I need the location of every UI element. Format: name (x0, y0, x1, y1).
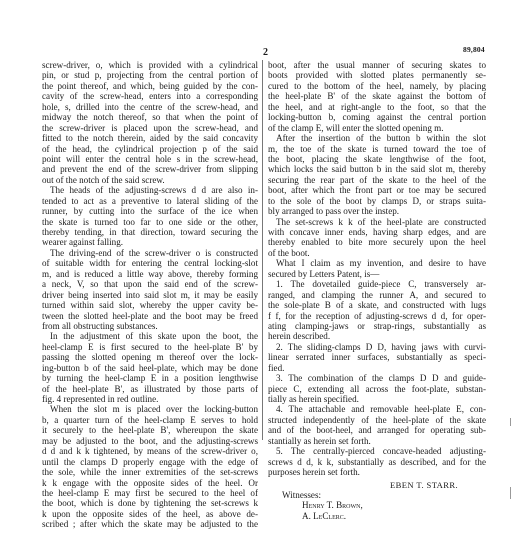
text-line: bly arranged to pass over the instep. (268, 206, 486, 216)
text-line: After the insertion of the button b with… (268, 133, 486, 143)
text-line: boot, after which the front part or toe … (268, 185, 486, 195)
text-line: tially as herein specified. (268, 394, 486, 404)
text-line: of the clamp E, will enter the slotted o… (268, 123, 486, 133)
text-line: 5. The centrally-pierced concave-headed … (268, 446, 486, 456)
text-line: with concave inner ends, having sharp ed… (268, 227, 486, 237)
text-line: purposes herein set forth. (268, 467, 486, 477)
text-line: until the clamps D properly engage with … (42, 457, 258, 467)
text-line: cavity of the screw-head, enters into a … (42, 91, 258, 101)
text-line: boots provided with slotted plates perma… (268, 70, 486, 80)
text-line: hole, s, drilled into the centre of the … (42, 102, 258, 112)
text-line: midway the notch thereof, so that when t… (42, 112, 258, 122)
text-line: piece C, extending all across the foot-p… (268, 384, 486, 394)
text-line: 1. The dovetailed guide-piece C, transve… (268, 279, 486, 289)
text-line: the heel, and at right-angle to the foot… (268, 102, 486, 112)
text-line: herein described. (268, 331, 486, 341)
text-line: The heads of the adjusting-screws d d ar… (42, 185, 258, 195)
text-line: The set-screws k k of the heel-plate are… (268, 217, 486, 227)
text-line: the sole, while the inner extremities of… (42, 467, 258, 477)
text-line: scribed ; after which the skate may be a… (42, 519, 258, 529)
text-line: pin, or stud p, projecting from the cent… (42, 70, 258, 80)
text-line: cured to the bottom of the heel, namely,… (268, 81, 486, 91)
text-line: of suitable width for entering the centr… (42, 258, 258, 268)
text-line: b, a quarter turn of the heel-clamp E se… (42, 415, 258, 425)
column-divider (262, 60, 263, 440)
text-line: m, and is reduced a little way above, th… (42, 269, 258, 279)
page-number: 2 (263, 47, 268, 58)
text-line: What I claim as my invention, and desire… (268, 258, 486, 268)
text-line: m, the toe of the skate is turned toward… (268, 144, 486, 154)
text-line: When the slot m is placed over the locki… (42, 404, 258, 414)
text-line: screw-driver, o, which is provided with … (42, 60, 258, 70)
text-line: the boot, placing the skate lengthwise o… (268, 154, 486, 164)
text-line: 4. The attachable and removable heel-pla… (268, 404, 486, 414)
text-line: may be adjusted to the boot, and the adj… (42, 436, 258, 446)
patent-number: 89,804 (463, 45, 485, 54)
scan-edge-mark (510, 487, 511, 499)
scan-edge-mark (510, 418, 511, 426)
text-line: secured by Letters Patent, is— (268, 269, 486, 279)
text-line: 3. The combination of the clamps D D and… (268, 373, 486, 383)
text-line: a neck, V, so that upon the said end of … (42, 279, 258, 289)
left-text-column: screw-driver, o, which is provided with … (42, 60, 258, 530)
text-line: runner, by cutting into the surface of t… (42, 206, 258, 216)
witness-name: Henry T. Brown, (268, 500, 486, 510)
text-line: out of the notch of the said screw. (42, 175, 258, 185)
text-line: and prevent the end of the screw-driver … (42, 164, 258, 174)
text-line: d d and k k tightened, by means of the s… (42, 446, 258, 456)
text-line: thereby tending, in that direction, towa… (42, 227, 258, 237)
text-line: heel-clamp E is first secured to the hee… (42, 342, 258, 352)
text-line: it securely to the heel-plate B', whereu… (42, 425, 258, 435)
text-line: wearer against falling. (42, 237, 258, 247)
text-line: the heel-clamp E may first be secured to… (42, 488, 258, 498)
right-text-column: boot, after the usual manner of securing… (268, 60, 486, 521)
text-line: to the sole of the boot by clamps D, or … (268, 196, 486, 206)
text-line: tended to act as a preventive to lateral… (42, 196, 258, 206)
text-line: turned within said slot, whereby the upp… (42, 300, 258, 310)
text-line: ating clamping-jaws or strap-rings, subs… (268, 321, 486, 331)
text-line: and of the boot-heel, and arranged for o… (268, 425, 486, 435)
text-line: screws d d, k k, substantially as descri… (268, 457, 486, 467)
inventor-signature: EBEN T. STARR. (268, 480, 486, 490)
text-line: boot, after the usual manner of securing… (268, 60, 486, 70)
text-line: k k engage with the opposite sides of th… (42, 478, 258, 488)
text-line: securing the rear part of the skate to t… (268, 175, 486, 185)
text-line: by turning the heel-clamp E in a positio… (42, 373, 258, 383)
text-line: the screw-driver is placed upon the scre… (42, 123, 258, 133)
text-line: of the heel-plate B', as illustrated by … (42, 384, 258, 394)
witnesses-label: Witnesses: (268, 490, 486, 500)
text-line: ranged, and clamping the runner A, and s… (268, 290, 486, 300)
text-line: In the adjustment of this skate upon the… (42, 331, 258, 341)
text-line: The driving-end of the screw-driver o is… (42, 248, 258, 258)
text-line: the point thereof, and which, being guid… (42, 81, 258, 91)
text-line: of the head, the cylindrical projection … (42, 144, 258, 154)
text-line: fitted to the notch therein, aided by th… (42, 133, 258, 143)
text-line: f f, for the reception of adjusting-scre… (268, 311, 486, 321)
text-line: the sole-plate B of a skate, and constru… (268, 300, 486, 310)
witness-name: A. LeClerc. (268, 511, 486, 521)
text-line: thereby enabled to bite more securely up… (268, 237, 486, 247)
text-line: fig. 4 represented in red outline. (42, 394, 258, 404)
text-line: the boot, which is done by tightening th… (42, 498, 258, 508)
text-line: the heel-plate B' of the skate against t… (268, 91, 486, 101)
text-line: fied. (268, 363, 486, 373)
text-line: locking-button b, coming against the cen… (268, 112, 486, 122)
text-line: from all obstructing substances. (42, 321, 258, 331)
text-line: ing-button b of the said heel-plate, whi… (42, 363, 258, 373)
text-line: k upon the opposite sides of the heel, a… (42, 509, 258, 519)
text-line: which locks the said button b in the sai… (268, 164, 486, 174)
text-line: of the boot. (268, 248, 486, 258)
text-line: passing the slotted opening m thereof ov… (42, 352, 258, 362)
text-line: tween the slotted heel-plate and the boo… (42, 311, 258, 321)
text-line: driver being inserted into said slot m, … (42, 290, 258, 300)
text-line: point will enter the central hole s in t… (42, 154, 258, 164)
text-line: stantially as herein set forth. (268, 436, 486, 446)
text-line: 2. The sliding-clamps D D, having jaws w… (268, 342, 486, 352)
text-line: structed independently of the heel-plate… (268, 415, 486, 425)
text-line: the skate is turned too far to one side … (42, 217, 258, 227)
text-line: linear serrated inner surfaces, substant… (268, 352, 486, 362)
